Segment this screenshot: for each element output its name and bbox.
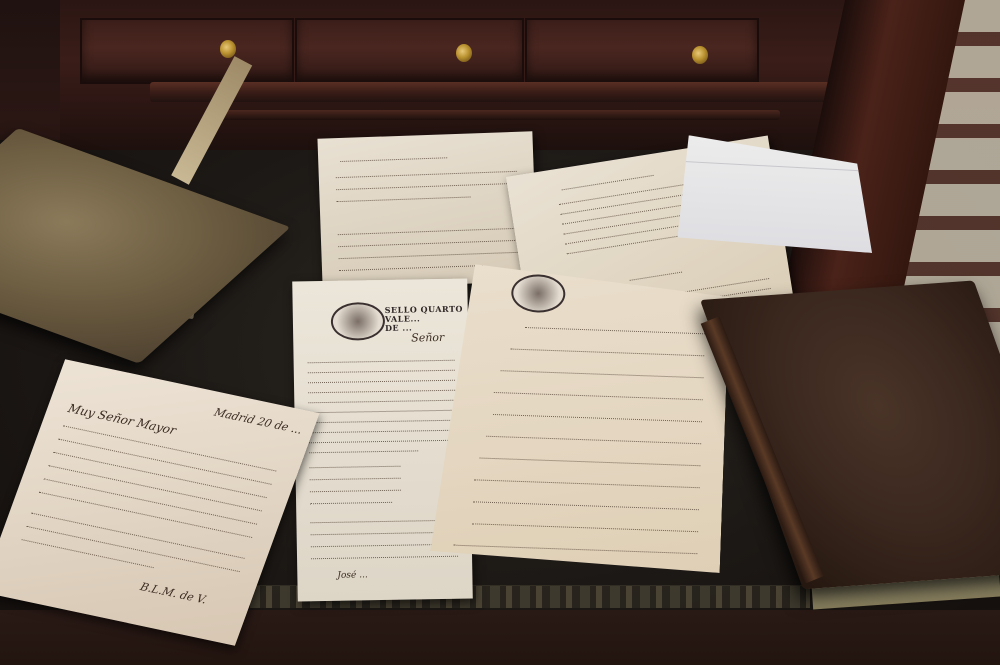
- drawer: [295, 18, 524, 84]
- signature: José ...: [337, 570, 368, 581]
- brass-knob-icon: [456, 44, 472, 62]
- salutation: Señor: [411, 331, 444, 345]
- cabinet: [60, 0, 860, 150]
- document-top: [317, 131, 537, 288]
- document-center-letter: [430, 263, 730, 573]
- cabinet-rail: [150, 82, 830, 102]
- drawer: [525, 18, 759, 84]
- printed-header: SELLO QUARTO VALE... DE ...: [385, 305, 464, 333]
- brass-knob-icon: [692, 46, 708, 64]
- place-date: Madrid 20 de ...: [212, 406, 304, 437]
- cabinet-rail: [220, 110, 780, 120]
- seal-stamp-icon: [331, 302, 386, 341]
- document-stamped-letter: SELLO QUARTO VALE... DE ... Señor José .…: [292, 278, 473, 601]
- salutation: Muy Señor Mayor: [66, 401, 178, 437]
- drawer: [80, 18, 294, 84]
- closing: B.L.M. de V.: [138, 580, 208, 606]
- seal-stamp-icon: [511, 274, 566, 314]
- photo-scene: SELLO QUARTO VALE... DE ... Señor José .…: [0, 0, 1000, 665]
